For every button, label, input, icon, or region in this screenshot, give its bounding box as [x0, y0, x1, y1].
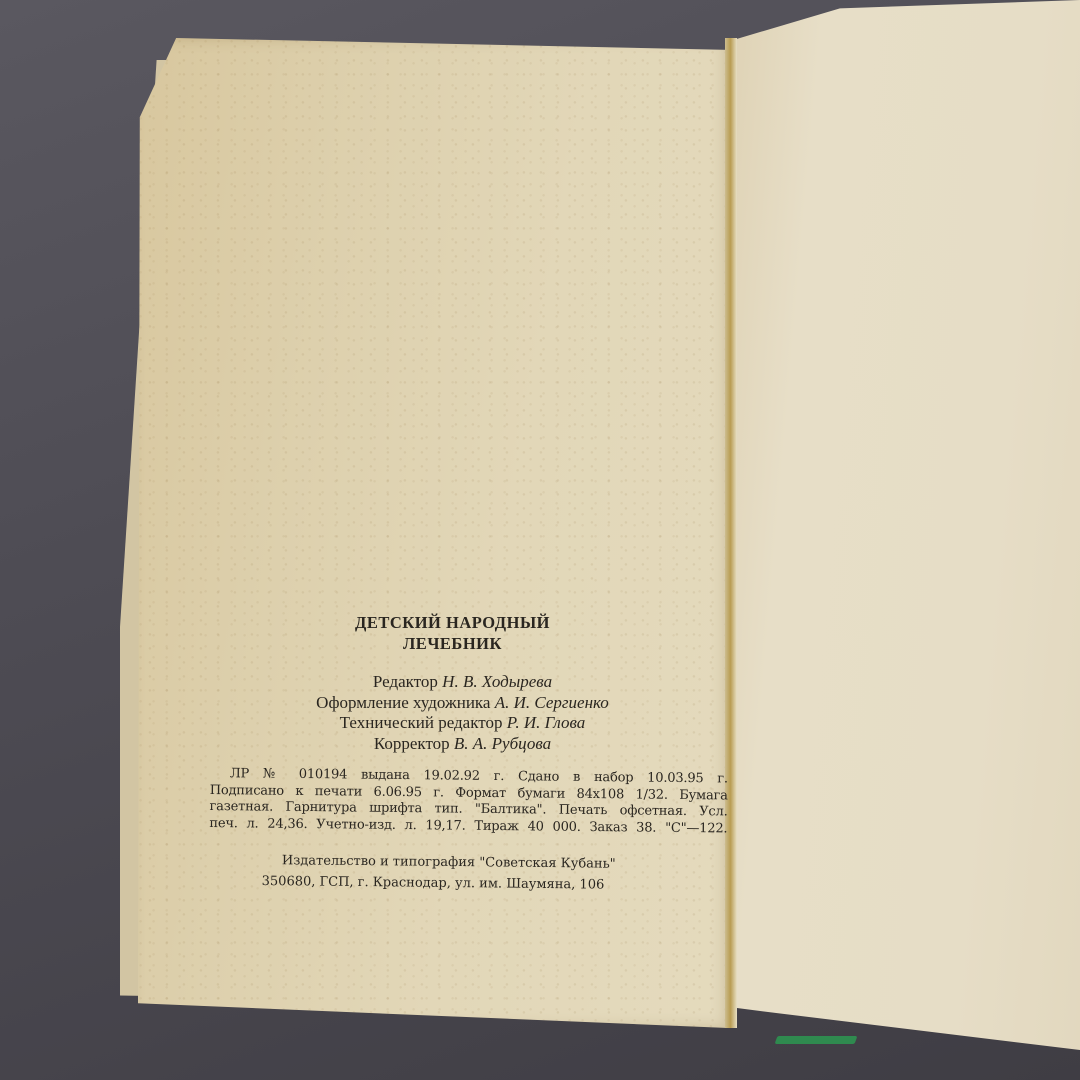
- colophon: ДЕТСКИЙ НАРОДНЫЙ ЛЕЧЕБНИК Редактор Н. В.…: [210, 612, 730, 892]
- credit-proofreader: Корректор В. А. Рубцова: [195, 734, 730, 755]
- credit-name: Р. И. Глова: [507, 713, 586, 732]
- title-line-1: ДЕТСКИЙ НАРОДНЫЙ: [175, 612, 730, 633]
- imprint-details: ЛР № 010194 выдана 19.02.92 г. Сдано в н…: [209, 766, 728, 837]
- photo-scene: ДЕТСКИЙ НАРОДНЫЙ ЛЕЧЕБНИК Редактор Н. В.…: [0, 0, 1080, 1080]
- book-title: ДЕТСКИЙ НАРОДНЫЙ ЛЕЧЕБНИК: [175, 612, 730, 654]
- credit-role: Редактор: [373, 672, 438, 691]
- credit-editor: Редактор Н. В. Ходырева: [195, 672, 730, 693]
- credit-artist: Оформление художника А. И. Сергиенко: [195, 693, 730, 714]
- credit-tech-editor: Технический редактор Р. И. Глова: [195, 713, 730, 734]
- credit-role: Корректор: [374, 734, 450, 753]
- credit-role: Оформление художника: [316, 693, 490, 712]
- green-cover-edge: [775, 1036, 858, 1044]
- credit-name: Н. В. Ходырева: [442, 672, 552, 691]
- title-line-2: ЛЕЧЕБНИК: [175, 633, 730, 654]
- right-page-blank: [737, 0, 1080, 1050]
- credit-role: Технический редактор: [340, 713, 503, 732]
- credit-name: В. А. Рубцова: [454, 734, 551, 753]
- publisher-info: Издательство и типография "Советская Куб…: [262, 850, 730, 897]
- credits-list: Редактор Н. В. Ходырева Оформление худож…: [195, 672, 730, 754]
- credit-name: А. И. Сергиенко: [495, 693, 609, 712]
